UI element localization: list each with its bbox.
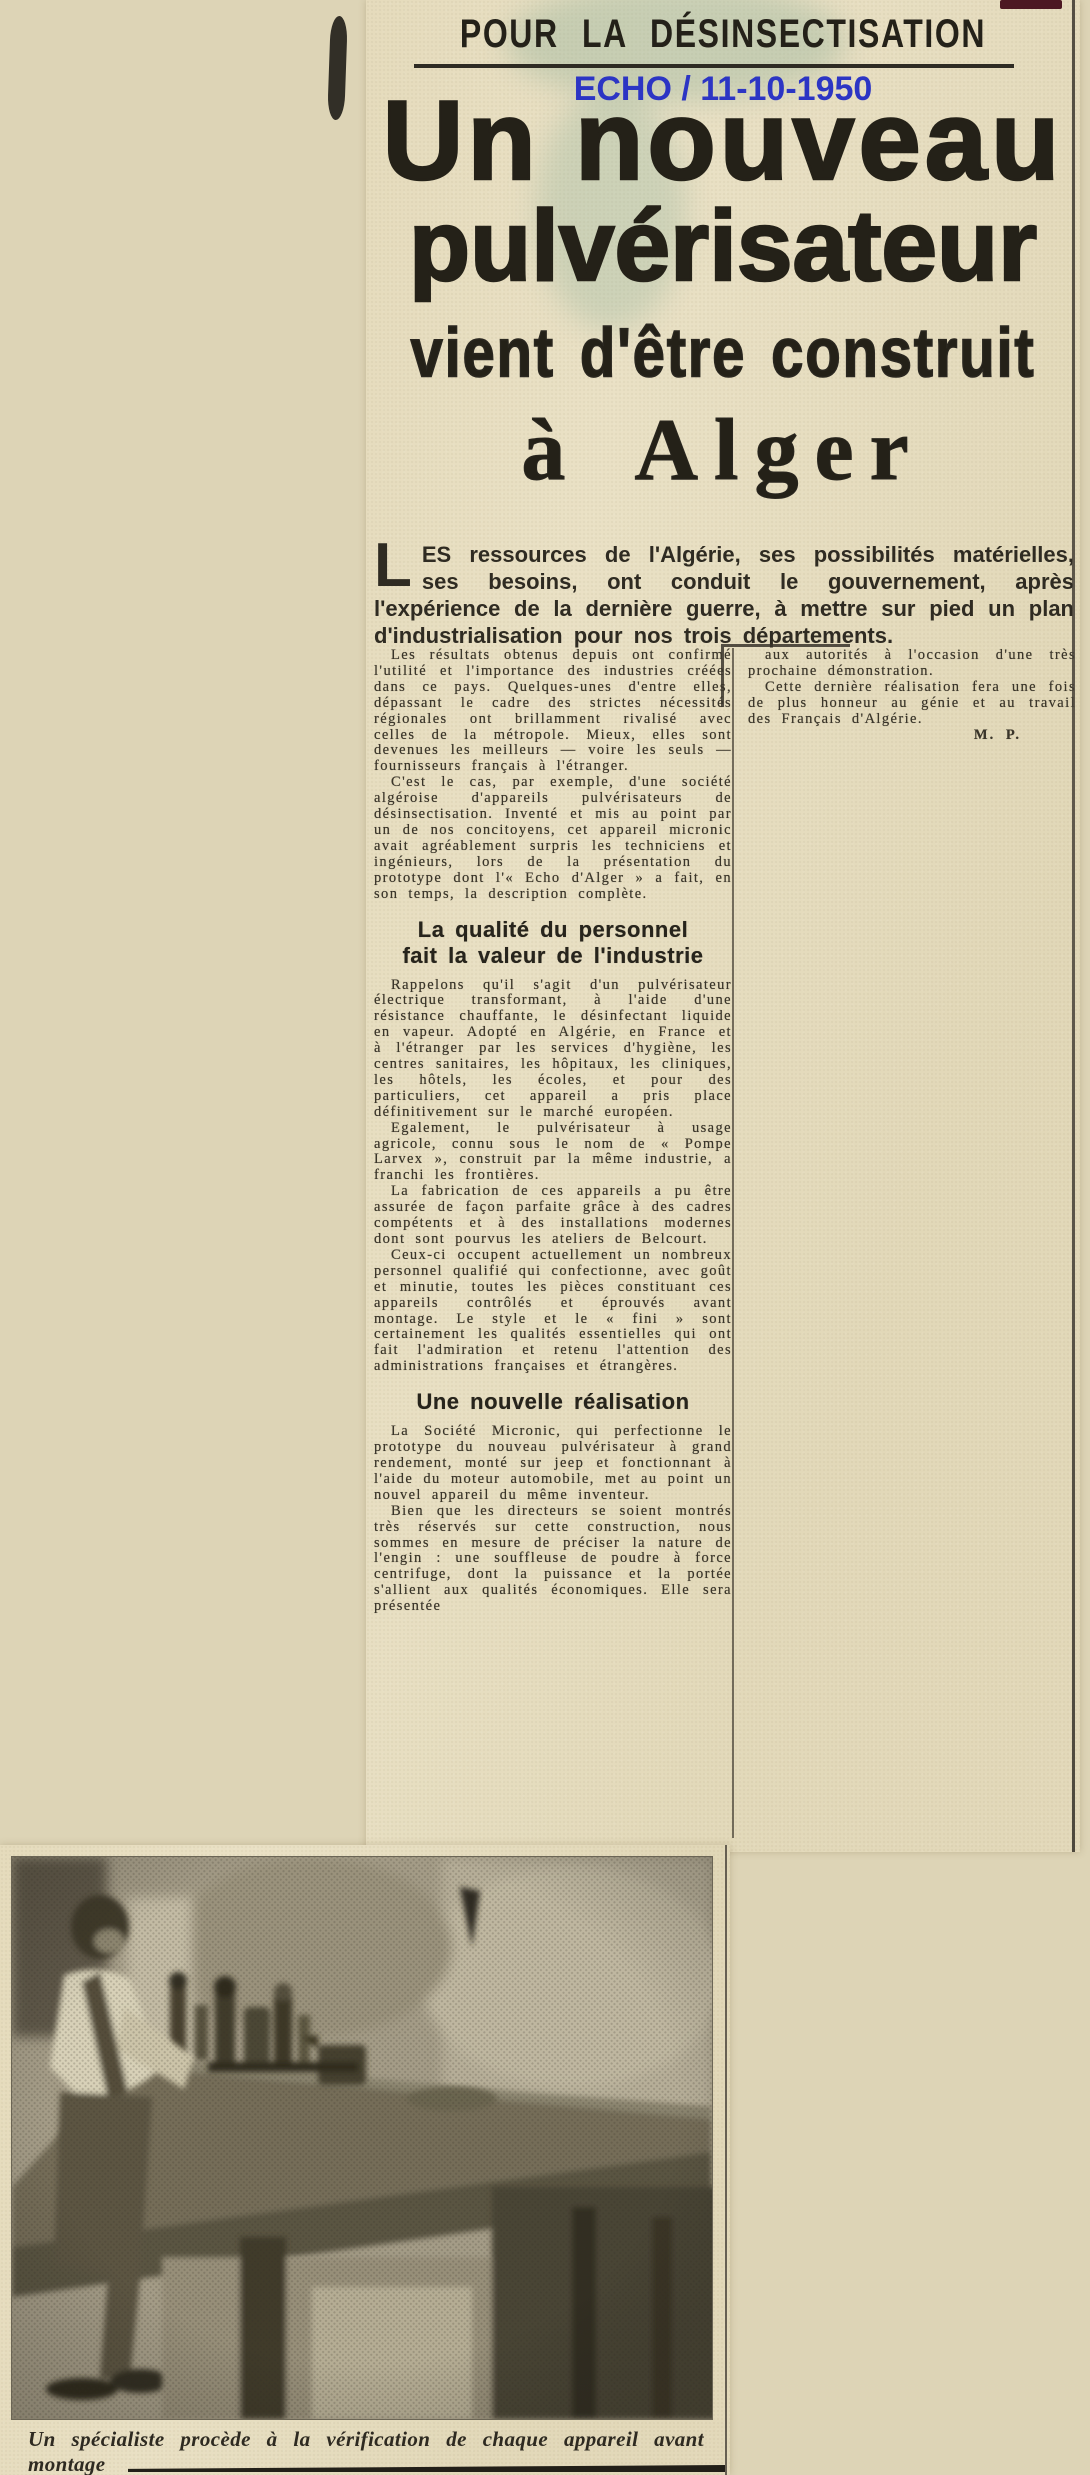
scanned-newspaper-page: POUR LA DÉSINSECTISATION ECHO / 11-10-19… bbox=[0, 0, 1090, 2475]
body-paragraph: La Société Micronic, qui perfectionne le… bbox=[374, 1424, 732, 1504]
kicker-rule bbox=[414, 64, 1014, 68]
lead-paragraph: LES ressources de l'Algérie, ses possibi… bbox=[374, 541, 1074, 649]
drop-cap: L bbox=[374, 541, 422, 589]
lead-text: ES ressources de l'Algérie, ses possibil… bbox=[374, 542, 1074, 648]
body-paragraph: Ceux-ci occupent actuellement un nombreu… bbox=[374, 1248, 732, 1375]
headline-line-3: vient d'être construit bbox=[409, 314, 1037, 391]
section-subhead: Une nouvelle réalisation bbox=[374, 1389, 732, 1415]
body-paragraph: Rappelons qu'il s'agit d'un pulvérisateu… bbox=[374, 978, 732, 1121]
body-paragraph: Egalement, le pulvérisateur à usage agri… bbox=[374, 1121, 732, 1185]
body-paragraph: C'est le cas, par exemple, d'une société… bbox=[374, 775, 732, 902]
headline-line-1: Un nouveau bbox=[366, 82, 1080, 200]
photo-clipping: Un spécialiste procède à la vérification… bbox=[0, 1845, 730, 2475]
headline-line-4: à Alger bbox=[366, 400, 1080, 501]
body-paragraph: Cette dernière réalisation fera une fois… bbox=[748, 680, 1076, 728]
body-paragraph: aux autorités à l'occasion d'une très pr… bbox=[748, 648, 1076, 680]
article-clipping: POUR LA DÉSINSECTISATION ECHO / 11-10-19… bbox=[366, 0, 1080, 1852]
section-subhead: La qualité du personnel fait la valeur d… bbox=[374, 917, 732, 969]
author-initials: M. P. bbox=[748, 728, 1076, 744]
ink-smudge-mark bbox=[327, 16, 348, 121]
body-paragraph: Bien que les directeurs se soient montré… bbox=[374, 1504, 732, 1615]
left-column: Les résultats obtenus depuis ont confirm… bbox=[374, 648, 732, 1615]
workshop-photo bbox=[11, 1856, 713, 2420]
clipping-edge-line bbox=[1072, 0, 1075, 1852]
kicker-headline: POUR LA DÉSINSECTISATION bbox=[437, 12, 1008, 57]
column-rule bbox=[732, 648, 734, 1838]
headline-line-2: pulvérisateur bbox=[366, 194, 1080, 299]
red-ink-mark bbox=[1000, 0, 1062, 9]
body-paragraph: La fabrication de ces appareils a pu êtr… bbox=[374, 1184, 732, 1248]
right-column: aux autorités à l'occasion d'une très pr… bbox=[748, 648, 1076, 743]
body-paragraph: Les résultats obtenus depuis ont confirm… bbox=[374, 648, 732, 775]
clipping-edge-line bbox=[725, 1845, 727, 2475]
